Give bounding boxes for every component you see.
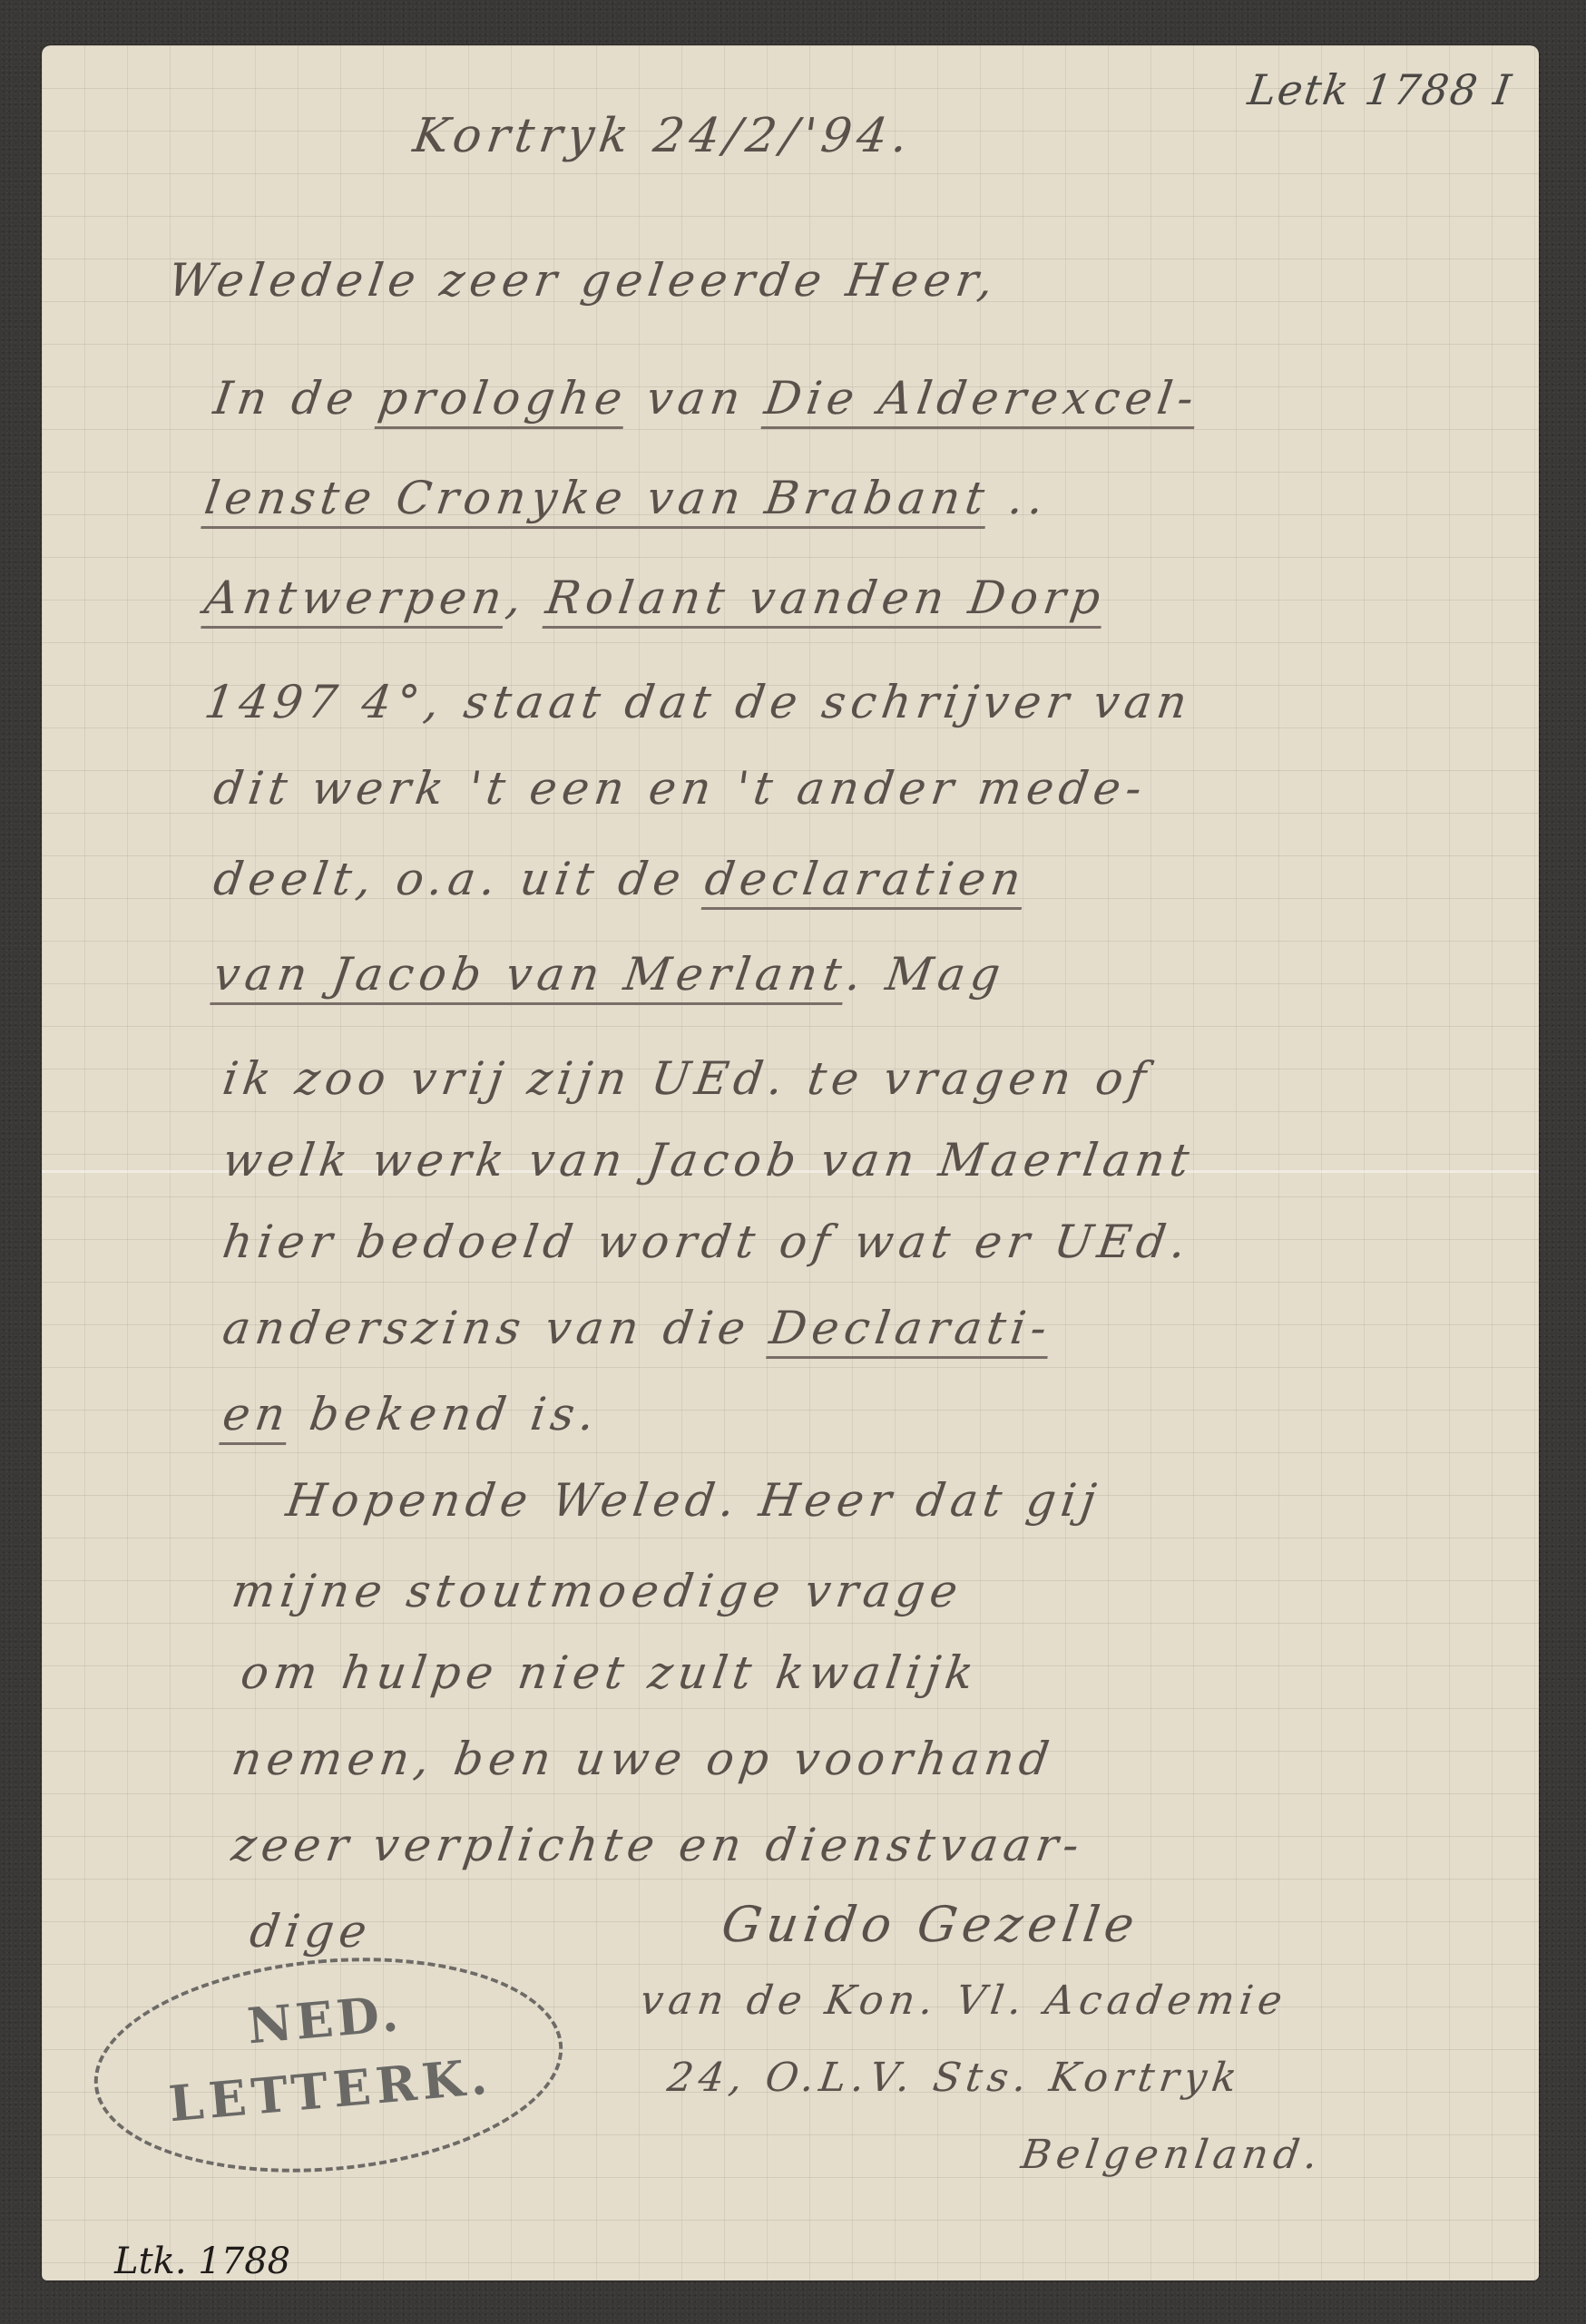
body-line: lenste Cronyke van Brabant ..	[201, 472, 1052, 524]
body-line: dige	[247, 1905, 376, 1958]
archive-mark-bottom: Ltk. 1788	[114, 2241, 290, 2282]
place-date: Kortryk 24/2/'94.	[410, 109, 917, 163]
salutation: Weledele zeer geleerde Heer,	[165, 254, 1002, 307]
body-line: nemen, ben uwe op voorhand	[229, 1733, 1058, 1785]
body-line: Antwerpen, Rolant vanden Dorp	[201, 571, 1109, 624]
body-line: dit werk 't een en 't ander mede-	[210, 762, 1150, 815]
body-line: mijne stoutmoedige vrage	[229, 1565, 966, 1617]
library-stamp: NED. LETTERK.	[85, 1939, 572, 2191]
body-line: 1497 4°, staat dat de schrijver van	[201, 676, 1196, 728]
signature-affiliation: van de Kon. Vl. Academie	[637, 1977, 1290, 2024]
body-line: ik zoo vrij zijn UEd. te vragen of	[220, 1052, 1155, 1105]
body-line: Hopende Weled. Heer dat gij	[283, 1474, 1104, 1527]
archive-mark-top: Letk 1788 I	[1245, 65, 1515, 114]
body-line: anderszins van die Declarati-	[220, 1302, 1055, 1354]
body-line: om hulpe niet zult kwalijk	[238, 1646, 982, 1699]
body-line: hier bedoeld wordt of wat er UEd.	[220, 1216, 1195, 1268]
letter-sheet: Letk 1788 I Kortryk 24/2/'94. Weledele z…	[42, 45, 1539, 2280]
signature-country: Belgenland.	[1018, 2132, 1326, 2178]
body-line: deelt, o.a. uit de declaratien	[210, 853, 1030, 905]
signature-address: 24, O.L.V. Sts. Kortryk	[664, 2055, 1245, 2101]
body-line: welk werk van Jacob van Maerlant	[220, 1134, 1198, 1186]
body-line: van Jacob van Merlant. Mag	[210, 948, 1009, 1001]
body-line: en bekend is.	[220, 1388, 603, 1440]
body-line: In de prologhe van Die Alderexcel-	[210, 372, 1202, 425]
signature: Guido Gezelle	[719, 1896, 1143, 1953]
body-line: zeer verplichte en dienstvaar-	[229, 1819, 1088, 1871]
